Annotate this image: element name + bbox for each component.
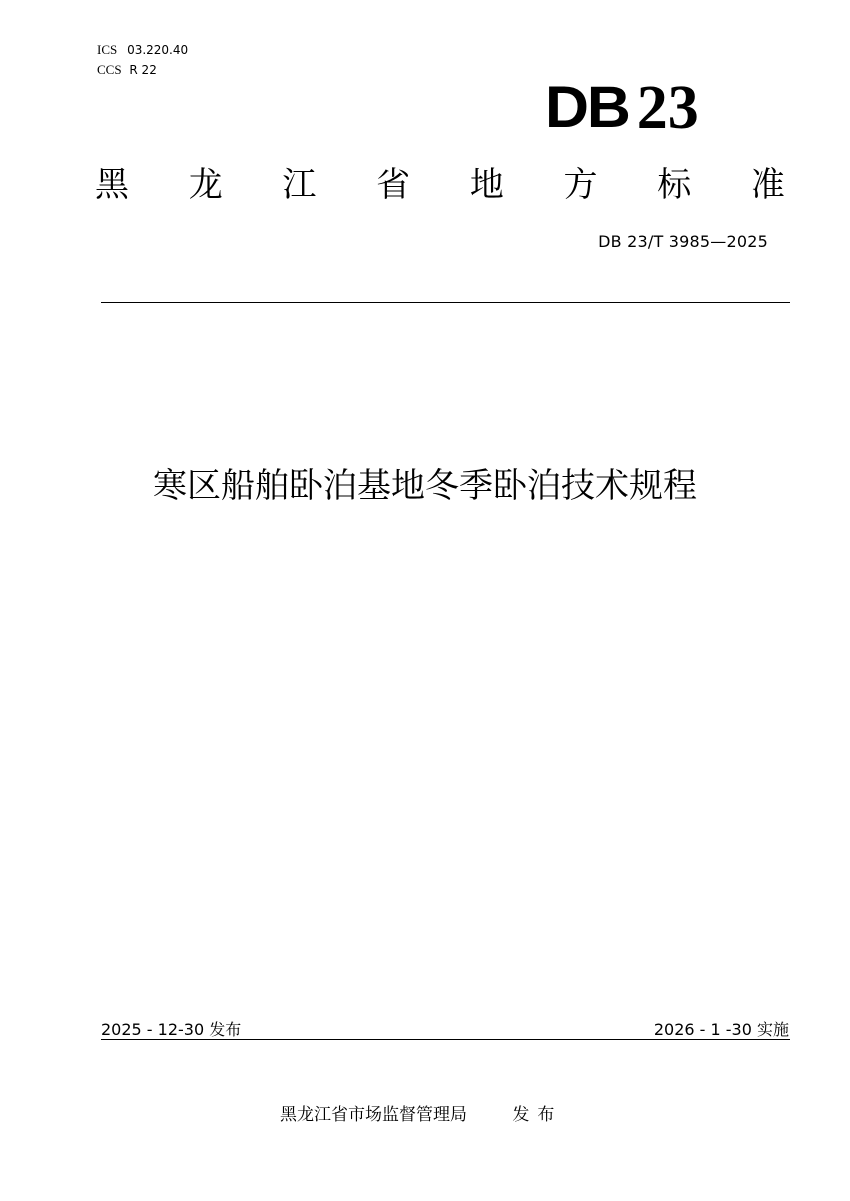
heading-char: 准: [751, 165, 785, 205]
implement-date: 2026 - 1 -30 实施: [654, 1017, 789, 1040]
document-title: 寒区船舶卧泊基地冬季卧泊技术规程: [0, 466, 850, 506]
heading-char: 方: [564, 165, 598, 205]
standard-type-heading: 黑 龙 江 省 地 方 标 准: [95, 165, 785, 205]
db-logo: DB 23: [545, 76, 699, 136]
heading-char: 省: [376, 165, 410, 205]
ccs-label: CCS: [97, 62, 122, 77]
issuer: 黑龙江省市场监督管理局 发布: [280, 1100, 562, 1125]
bottom-divider: [101, 1039, 790, 1040]
ccs-value: R 22: [129, 63, 156, 77]
top-divider: [101, 302, 790, 303]
ics-code: ICS 03.220.40: [97, 42, 188, 58]
db-logo-letters: DB: [545, 80, 629, 136]
publish-date: 2025 - 12-30 发布: [101, 1017, 241, 1040]
ccs-code: CCS R 22: [97, 62, 157, 78]
issuer-action: 发布: [512, 1105, 562, 1125]
heading-char: 江: [282, 165, 316, 205]
heading-char: 地: [470, 165, 504, 205]
heading-char: 标: [657, 165, 691, 205]
ics-value: 03.220.40: [127, 43, 188, 57]
heading-char: 黑: [95, 165, 129, 205]
standard-number: DB 23/T 3985—2025: [598, 232, 768, 251]
heading-char: 龙: [189, 165, 223, 205]
ics-label: ICS: [97, 42, 117, 57]
issuer-name: 黑龙江省市场监督管理局: [280, 1105, 467, 1125]
db-logo-number: 23: [637, 80, 699, 136]
